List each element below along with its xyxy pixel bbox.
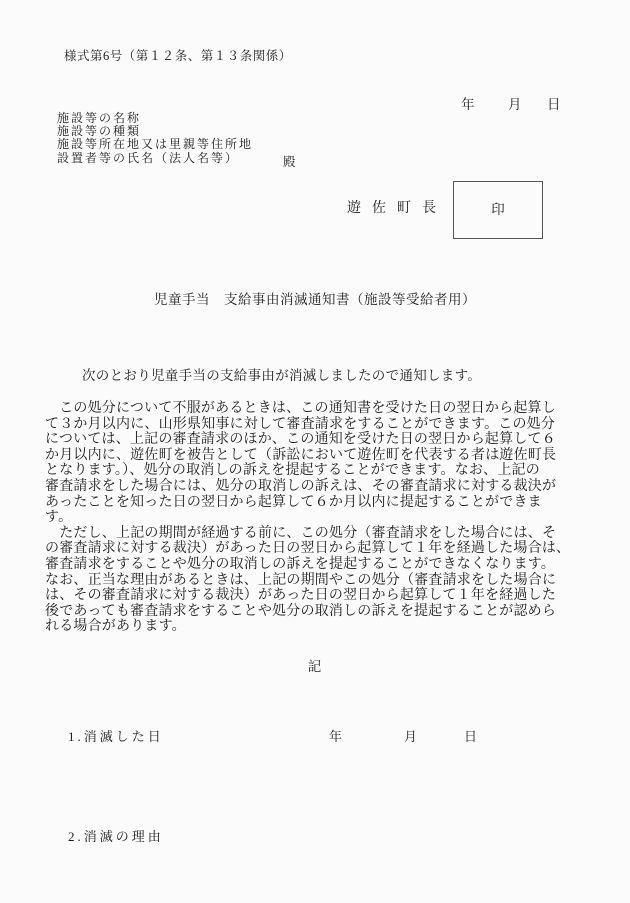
document-page: 様式第6号（第１２条、第１３条関係） 年 月 日 施設等の名称 施設等の種類 施…: [0, 0, 630, 903]
addressee-block: 施設等の名称 施設等の種類 施設等所在地又は里親等住所地 設置者等の氏名（法人名…: [57, 112, 253, 165]
addressee-honorific: 殿: [283, 152, 296, 170]
issue-date-month-label: 月: [508, 93, 522, 113]
issue-date-day-label: 日: [547, 93, 561, 113]
issue-date-year-label: 年: [461, 93, 475, 113]
issuer-mayor-name: 遊佐町長: [347, 197, 447, 217]
form-number: 様式第6号（第１２条、第１３条関係）: [64, 46, 292, 64]
seal-placeholder-label: 印: [454, 182, 542, 238]
item2-extinction-reason-label: 2.消滅の理由: [68, 826, 164, 845]
extinction-date-day-label: 日: [464, 726, 477, 745]
notification-statement: 次のとおり児童手当の支給事由が消滅しましたので通知します。: [82, 364, 481, 384]
record-section-heading: 記: [0, 655, 630, 675]
item1-extinction-date-label: 1.消滅した日: [68, 726, 164, 745]
extinction-date-year-label: 年: [329, 726, 342, 745]
appeal-rights-notice: この処分について不服があるときは、この通知書を受けた日の翌日から起算し て３か月…: [45, 401, 593, 635]
addressee-facility-address-label: 施設等所在地又は里親等住所地: [57, 138, 253, 151]
official-seal-box: 印: [453, 181, 543, 239]
addressee-founder-name-label: 設置者等の氏名（法人名等）: [57, 152, 253, 165]
document-title: 児童手当 支給事由消滅通知書（施設等受給者用）: [0, 288, 630, 308]
extinction-date-month-label: 月: [404, 726, 417, 745]
